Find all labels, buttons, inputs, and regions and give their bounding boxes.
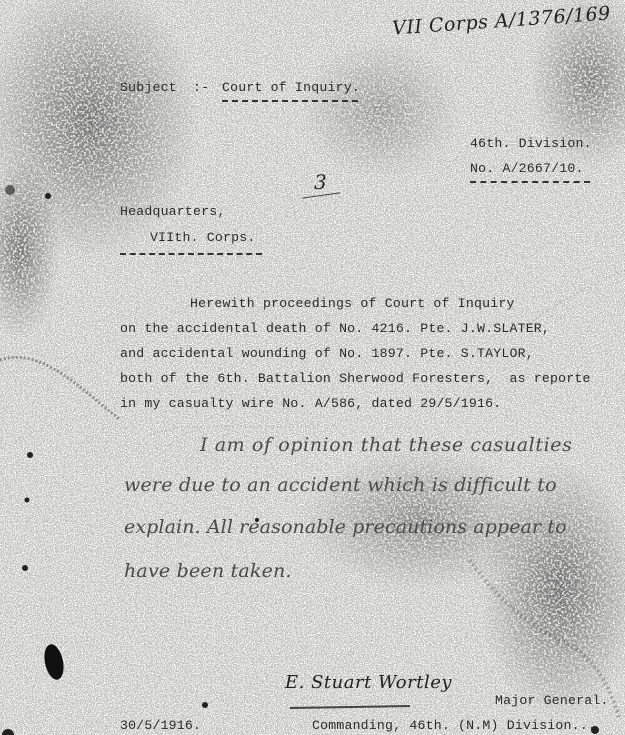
file-reference-annotation: VII Corps A/1376/169 (391, 2, 611, 39)
body-line: and accidental wounding of No. 1897. Pte… (120, 346, 534, 361)
scanned-letter-page: VII Corps A/1376/169 Subject :- Court of… (0, 0, 625, 735)
addressee-line-2: VIIth. Corps. (150, 230, 255, 245)
division-name: 46th. Division. (470, 136, 592, 151)
signatory-command: Commanding, 46th. (N.M) Division... (312, 718, 596, 733)
signature: E. Stuart Wortley (285, 672, 452, 693)
body-line: both of the 6th. Battalion Sherwood Fore… (120, 371, 591, 386)
scan-noise-background (0, 0, 625, 735)
body-line: on the accidental death of No. 4216. Pte… (120, 321, 550, 336)
body-line: in my casualty wire No. A/586, dated 29/… (120, 396, 501, 411)
division-reference-underline (470, 181, 590, 183)
handwritten-note-line: were due to an accident which is difficu… (124, 474, 557, 496)
signatory-rank: Major General. (495, 693, 609, 708)
addressee-line-1: Headquarters, (120, 204, 225, 219)
subject-underline (222, 100, 358, 102)
handwritten-note-line: have been taken. (124, 560, 292, 582)
letter-date: 30/5/1916. (120, 718, 201, 733)
body-line: Herewith proceedings of Court of Inquiry (190, 296, 515, 311)
handwritten-note-line: explain. All reasonable precautions appe… (124, 516, 567, 538)
division-reference-number: No. A/2667/10. (470, 161, 584, 176)
signature-underline (290, 705, 410, 709)
handwritten-note-line: I am of opinion that these casualties (200, 434, 572, 456)
page-number-annotation: 3 (314, 170, 327, 194)
subject-title: Court of Inquiry. (222, 80, 360, 95)
addressee-underline (120, 253, 262, 255)
subject-label: Subject :- (120, 80, 209, 95)
